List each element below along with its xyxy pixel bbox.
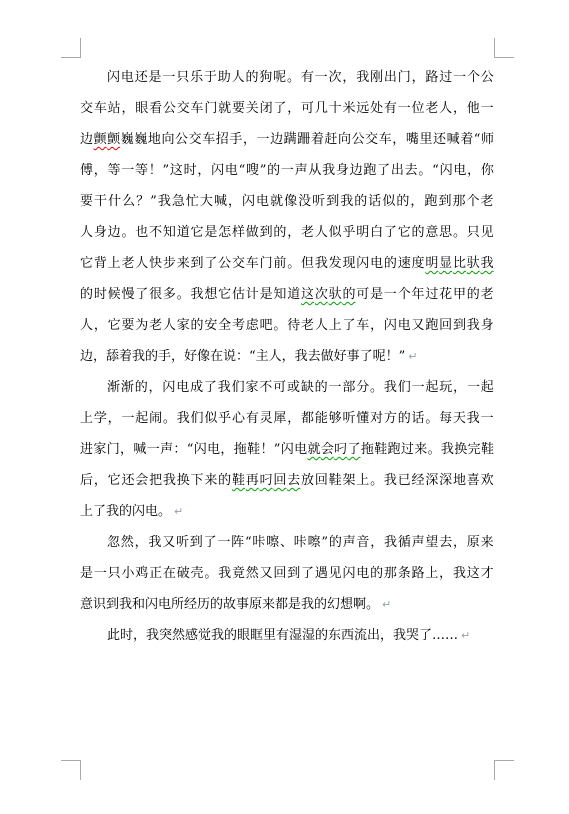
text-run: ， bbox=[287, 217, 300, 248]
text-line[interactable]: 人身边。也不知道它是怎样做到的，老人似乎明白了它的意思。只见 bbox=[80, 217, 494, 248]
text-run: 地 bbox=[148, 124, 161, 155]
text-run: 望 bbox=[425, 527, 438, 558]
document-text-area[interactable]: 闪电还是一只乐于助人的狗呢。有一次，我刚出门，路过一个公交车站，眼看公交车门就要… bbox=[80, 62, 494, 651]
text-run: 上 bbox=[329, 310, 342, 341]
text-run: 换 bbox=[177, 465, 190, 496]
text-run: 上了我的闪电。 bbox=[80, 504, 171, 519]
text-run: 个 bbox=[398, 279, 411, 310]
text-run: 发 bbox=[329, 248, 342, 279]
text-run: 处 bbox=[370, 93, 383, 124]
text-run: ， bbox=[228, 186, 241, 217]
text-run: 会 bbox=[135, 465, 148, 496]
text-run: 电 bbox=[356, 558, 369, 589]
text-run: 忙 bbox=[186, 186, 199, 217]
grammar-squiggle-run: 就 bbox=[307, 434, 320, 465]
text-line[interactable]: 上学，一起闹。我们似乎心有灵犀，都能够听懂对方的话。每天我一 bbox=[80, 403, 494, 434]
text-run: 站 bbox=[108, 93, 121, 124]
text-line[interactable]: 人，它要为老人家的安全考虑吧。待老人上了车，闪电又跑回到我身 bbox=[80, 310, 494, 341]
text-line[interactable]: 上了我的闪电。↵ bbox=[80, 496, 494, 527]
text-run: 过 bbox=[425, 279, 438, 310]
text-run: 闪 bbox=[384, 310, 397, 341]
text-run: 了 bbox=[204, 372, 217, 403]
text-run: 我 bbox=[384, 527, 397, 558]
text-run: 花 bbox=[439, 279, 452, 310]
text-run: 电 bbox=[256, 186, 269, 217]
grammar-squiggle-run: 驮 bbox=[467, 248, 480, 279]
text-run: 意 bbox=[425, 217, 438, 248]
text-run: 助 bbox=[218, 62, 231, 93]
text-run: 十 bbox=[329, 93, 342, 124]
paragraph-mark-icon: ↵ bbox=[174, 505, 183, 518]
text-run: 干 bbox=[94, 186, 107, 217]
text-run: 电 bbox=[121, 62, 134, 93]
text-run: 上 bbox=[80, 403, 93, 434]
text-run: 等 bbox=[135, 155, 148, 186]
text-run: 喊 bbox=[133, 434, 146, 465]
text-run: 是 bbox=[204, 217, 217, 248]
text-run: 在 bbox=[163, 558, 176, 589]
text-run: 蹒 bbox=[284, 124, 297, 155]
text-run: 身 bbox=[336, 155, 349, 186]
text-run: 鞋 bbox=[329, 465, 342, 496]
text-run: 电 bbox=[453, 155, 466, 186]
text-run: 们 bbox=[398, 372, 411, 403]
text-run: 一 bbox=[162, 62, 175, 93]
text-run: 电 bbox=[370, 248, 383, 279]
text-run: 对 bbox=[370, 403, 383, 434]
text-run: 渐 bbox=[121, 372, 134, 403]
text-run: 然 bbox=[121, 527, 134, 558]
text-run: 上 bbox=[108, 248, 121, 279]
text-run: 下 bbox=[191, 465, 204, 496]
text-run: 可 bbox=[301, 93, 314, 124]
text-run: 的 bbox=[384, 248, 397, 279]
text-line[interactable]: 交车站，眼看公交车门就要关闭了，可几十米远处有一位老人，他一 bbox=[80, 93, 494, 124]
text-run: 咔 bbox=[252, 527, 265, 558]
text-run: 车 bbox=[356, 310, 369, 341]
text-run: 我 bbox=[158, 186, 171, 217]
text-run: 灵 bbox=[260, 403, 273, 434]
text-run: 然 bbox=[246, 558, 259, 589]
text-run: 一 bbox=[329, 372, 342, 403]
text-run: ， bbox=[94, 465, 107, 496]
text-run: 乎 bbox=[342, 217, 355, 248]
text-run: 样 bbox=[232, 217, 245, 248]
text-run: 要 bbox=[80, 186, 93, 217]
text-run: 闪 bbox=[107, 62, 120, 93]
text-run: 过 bbox=[439, 62, 452, 93]
text-run: ， bbox=[453, 93, 466, 124]
text-run: 道 bbox=[177, 217, 190, 248]
text-run: 从 bbox=[308, 155, 321, 186]
text-run: 懂 bbox=[356, 403, 369, 434]
text-run: 闪 bbox=[194, 434, 207, 465]
text-run: 白 bbox=[370, 217, 383, 248]
text-run: 等 bbox=[108, 155, 121, 186]
text-run: 闪 bbox=[342, 558, 355, 589]
text-run: ！ bbox=[260, 434, 273, 465]
text-run: 门 bbox=[204, 93, 217, 124]
text-run: 的 bbox=[273, 217, 286, 248]
text-run: 身 bbox=[94, 217, 107, 248]
text-run: 那 bbox=[452, 186, 465, 217]
text-run: 去 bbox=[439, 527, 452, 558]
text-run: 的 bbox=[191, 310, 204, 341]
grammar-squiggle-run: 会 bbox=[321, 434, 334, 465]
text-run: 它 bbox=[191, 217, 204, 248]
text-run: ： bbox=[173, 434, 186, 465]
text-run: 路 bbox=[412, 558, 425, 589]
text-run: 它 bbox=[80, 248, 93, 279]
text-run: 每 bbox=[439, 403, 452, 434]
text-run: 的 bbox=[396, 186, 409, 217]
text-run: 它 bbox=[108, 465, 121, 496]
text-run: 出 bbox=[384, 62, 397, 93]
text-line[interactable]: 此时，我突然感觉我的眼眶里有湿湿的东西流出，我哭了……↵ bbox=[80, 620, 494, 651]
text-run: 路 bbox=[425, 62, 438, 93]
text-line[interactable]: 要干什么？”我急忙大喊，闪电就像没听到我的话似的，跑到那个老 bbox=[80, 186, 494, 217]
text-run: “ bbox=[432, 155, 439, 186]
text-run: 闪 bbox=[162, 372, 175, 403]
text-run: 估 bbox=[232, 279, 245, 310]
text-run: 的 bbox=[398, 403, 411, 434]
text-run: 考 bbox=[232, 310, 245, 341]
text-run: 出 bbox=[391, 155, 404, 186]
text-line[interactable]: 闪电还是一只乐于助人的狗呢。有一次，我刚出门，路过一个公 bbox=[80, 62, 494, 93]
text-run: ， bbox=[287, 93, 300, 124]
text-run: 了 bbox=[342, 310, 355, 341]
text-run: ？ bbox=[136, 186, 149, 217]
text-run: 一 bbox=[121, 155, 134, 186]
text-run: ， bbox=[197, 155, 210, 186]
text-run: 了 bbox=[135, 279, 148, 310]
text-run: 巍 bbox=[134, 124, 147, 155]
text-run: 老 bbox=[425, 93, 438, 124]
text-run: 是 bbox=[149, 62, 162, 93]
text-run: 年 bbox=[412, 279, 425, 310]
text-run: 鞋 bbox=[481, 434, 494, 465]
text-run: 分 bbox=[356, 372, 369, 403]
text-run: 车 bbox=[379, 124, 392, 155]
text-run: ， bbox=[149, 372, 162, 403]
text-run: 跑 bbox=[388, 434, 401, 465]
text-run: 深 bbox=[439, 465, 452, 496]
text-run: 么 bbox=[122, 186, 135, 217]
text-run: 甲 bbox=[453, 279, 466, 310]
text-run: ， bbox=[135, 527, 148, 558]
text-run: 车 bbox=[191, 93, 204, 124]
text-run: ” bbox=[163, 155, 170, 186]
text-run: 全 bbox=[218, 310, 231, 341]
text-line[interactable]: 后，它还会把我换下来的鞋再叼回去放回鞋架上。我已经深深地喜欢 bbox=[80, 465, 494, 496]
text-run: 着 bbox=[311, 124, 324, 155]
text-run: 地 bbox=[453, 465, 466, 496]
text-run: 深 bbox=[425, 465, 438, 496]
text-run: 或 bbox=[287, 372, 300, 403]
grammar-squiggle-run: 这 bbox=[301, 279, 314, 310]
paragraph: 闪电还是一只乐于助人的狗呢。有一次，我刚出门，路过一个公交车站，眼看公交车门就要… bbox=[80, 62, 494, 372]
text-run: 边，舔着我的手，好像在说：“主人，我去做好事了呢！” bbox=[80, 349, 405, 364]
text-run: 闭 bbox=[260, 93, 273, 124]
text-run: 我 bbox=[441, 434, 454, 465]
text-run: 回 bbox=[439, 310, 452, 341]
text-run: 跑 bbox=[363, 155, 376, 186]
text-run: ” bbox=[321, 527, 328, 558]
text-run: 方 bbox=[384, 403, 397, 434]
text-run: 交 bbox=[232, 248, 245, 279]
text-run: 欢 bbox=[481, 465, 494, 496]
text-run: ， bbox=[120, 434, 133, 465]
text-run: 来 bbox=[481, 527, 494, 558]
text-run: 架 bbox=[342, 465, 355, 496]
grammar-squiggle-run: 了 bbox=[348, 434, 361, 465]
text-run: ， bbox=[392, 124, 405, 155]
text-run: 来 bbox=[414, 434, 427, 465]
text-run: 拖 bbox=[234, 434, 247, 465]
text-run: 人 bbox=[439, 93, 452, 124]
text-run: 手 bbox=[229, 124, 242, 155]
document-page: 闪电还是一只乐于助人的狗呢。有一次，我刚出门，路过一个公交车站，眼看公交车门就要… bbox=[0, 0, 569, 814]
text-line[interactable]: 忽然，我又听到了一阵“咔嚓、咔嚓”的声音，我循声望去，原来 bbox=[80, 527, 494, 558]
text-run: 安 bbox=[204, 310, 217, 341]
text-run: 破 bbox=[177, 558, 190, 589]
text-run: 话 bbox=[412, 403, 425, 434]
paragraph-mark-icon: ↵ bbox=[461, 629, 470, 642]
text-run: 的 bbox=[80, 279, 93, 310]
text-run: 你 bbox=[481, 155, 494, 186]
text-run: 刚 bbox=[370, 62, 383, 93]
text-run: 嗖 bbox=[246, 155, 259, 186]
text-run: 一 bbox=[147, 434, 160, 465]
text-run: 电 bbox=[176, 372, 189, 403]
text-run: 的 bbox=[267, 155, 280, 186]
paragraph: 忽然，我又听到了一阵“咔嚓、咔嚓”的声音，我循声望去，原来是一只小鸡正在破壳。我… bbox=[80, 527, 494, 620]
text-run: 上 bbox=[356, 465, 369, 496]
text-run: 时 bbox=[184, 155, 197, 186]
text-run: 是 bbox=[370, 279, 383, 310]
text-run: 咔 bbox=[294, 527, 307, 558]
text-run: 声 bbox=[160, 434, 173, 465]
text-run: 的 bbox=[467, 279, 480, 310]
text-run: 门 bbox=[398, 62, 411, 93]
text-run: 还 bbox=[433, 124, 446, 155]
text-line[interactable]: 它背上老人快步来到了公交车门前。但我发现闪电的速度明显比驮我 bbox=[80, 248, 494, 279]
text-run: 前 bbox=[273, 248, 286, 279]
text-run: 家 bbox=[177, 310, 190, 341]
text-run: 交 bbox=[80, 93, 93, 124]
text-run: 老 bbox=[121, 248, 134, 279]
text-run: 们 bbox=[232, 372, 245, 403]
text-run: 。 bbox=[453, 217, 466, 248]
text-run: 也 bbox=[135, 217, 148, 248]
text-run: 只 bbox=[108, 558, 121, 589]
text-run: 我 bbox=[218, 558, 231, 589]
text-run: 了 bbox=[384, 217, 397, 248]
text-run: 进 bbox=[80, 434, 93, 465]
text-run: 它 bbox=[108, 310, 121, 341]
text-run: 车 bbox=[94, 93, 107, 124]
text-line[interactable]: 边，舔着我的手，好像在说：“主人，我去做好事了呢！”↵ bbox=[80, 341, 494, 372]
text-run: 待 bbox=[287, 310, 300, 341]
grammar-squiggle-run: 比 bbox=[453, 248, 466, 279]
text-run: 一 bbox=[217, 527, 230, 558]
text-run: 闪 bbox=[281, 434, 294, 465]
text-run: 闪 bbox=[440, 155, 453, 186]
grammar-squiggle-run: 明 bbox=[425, 248, 438, 279]
text-run: 鸡 bbox=[135, 558, 148, 589]
text-run: 条 bbox=[398, 558, 411, 589]
text-line[interactable]: 进家门，喊一声：“闪电，拖鞋！”闪电就会叼了拖鞋跑过来。我换完鞋 bbox=[80, 434, 494, 465]
text-run: 忽 bbox=[107, 527, 120, 558]
text-run: 还 bbox=[135, 62, 148, 93]
text-run: 可 bbox=[356, 279, 369, 310]
text-run: 家 bbox=[93, 434, 106, 465]
text-run: 听 bbox=[312, 186, 325, 217]
text-run: 交 bbox=[365, 124, 378, 155]
text-run: 我 bbox=[322, 155, 335, 186]
text-run: 到 bbox=[326, 186, 339, 217]
text-run: 要 bbox=[232, 93, 245, 124]
text-run: 。 bbox=[370, 372, 383, 403]
text-run: 背 bbox=[94, 248, 107, 279]
text-run: ” bbox=[150, 186, 157, 217]
text-run: 心 bbox=[232, 403, 245, 434]
text-run: 老 bbox=[481, 279, 494, 310]
text-run: 了 bbox=[301, 558, 314, 589]
text-run: 声 bbox=[295, 155, 308, 186]
text-run: 喊 bbox=[214, 186, 227, 217]
text-run: ， bbox=[453, 527, 466, 558]
text-run: 鞋 bbox=[247, 434, 260, 465]
text-run: 现 bbox=[342, 248, 355, 279]
text-line[interactable]: 边颤颤巍巍地向公交车招手，一边蹒跚着赶向公交车，嘴里还喊着“师 bbox=[80, 124, 494, 155]
text-run: 公 bbox=[352, 124, 365, 155]
paragraph: 此时，我突然感觉我的眼眶里有湿湿的东西流出，我哭了……↵ bbox=[80, 620, 494, 651]
text-run: ， bbox=[220, 434, 233, 465]
text-run: 门 bbox=[107, 434, 120, 465]
text-run: 交 bbox=[177, 93, 190, 124]
text-run: 已 bbox=[398, 465, 411, 496]
text-run: 此时，我突然感觉我的眼眶里有湿湿的东西流出，我哭了…… bbox=[107, 628, 458, 643]
text-run: 闪 bbox=[211, 155, 224, 186]
text-run: 拖 bbox=[361, 434, 374, 465]
text-line[interactable]: 意识到我和闪电所经历的故事原来都是我的幻想啊。↵ bbox=[80, 589, 494, 620]
text-run: “ bbox=[239, 155, 246, 186]
text-run: 壳 bbox=[191, 558, 204, 589]
text-run: ， bbox=[453, 372, 466, 403]
text-run: 电 bbox=[398, 310, 411, 341]
text-run: 我 bbox=[384, 465, 397, 496]
text-run: 车 bbox=[202, 124, 215, 155]
text-run: 关 bbox=[246, 93, 259, 124]
text-run: 家 bbox=[245, 372, 258, 403]
text-run: 只 bbox=[176, 62, 189, 93]
text-run: 不 bbox=[149, 217, 162, 248]
text-run: 犀 bbox=[273, 403, 286, 434]
text-run: 公 bbox=[481, 62, 494, 93]
text-run: 眼 bbox=[135, 93, 148, 124]
grammar-squiggle-run: 的 bbox=[342, 279, 355, 310]
text-run: 声 bbox=[343, 527, 356, 558]
text-boundary-mark-bottom-left bbox=[61, 760, 81, 780]
grammar-squiggle-run: 再 bbox=[246, 465, 259, 496]
text-run: 的 bbox=[135, 372, 148, 403]
text-run: 似 bbox=[204, 403, 217, 434]
text-run: 了 bbox=[204, 248, 217, 279]
text-run: 渐 bbox=[107, 372, 120, 403]
text-run: 又 bbox=[260, 558, 273, 589]
text-line[interactable]: 傅，等一等！”这时，闪电“嗖”的一声从我身边跑了出去。“闪电，你 bbox=[80, 155, 494, 186]
text-run: 有 bbox=[246, 403, 259, 434]
text-run: 一 bbox=[257, 124, 270, 155]
text-line[interactable]: 渐渐的，闪电成了我们家不可或缺的一部分。我们一起玩，一起 bbox=[80, 372, 494, 403]
text-run: 我 bbox=[467, 310, 480, 341]
text-run: 一 bbox=[453, 62, 466, 93]
text-run: 喊 bbox=[447, 124, 460, 155]
text-run: 为 bbox=[135, 310, 148, 341]
text-run: 呢 bbox=[273, 62, 286, 93]
text-run: 了 bbox=[377, 155, 390, 186]
text-run: 人 bbox=[135, 248, 148, 279]
text-run: 都 bbox=[301, 403, 314, 434]
text-run: 一 bbox=[412, 372, 425, 403]
text-run: 跑 bbox=[424, 186, 437, 217]
text-run: 玩 bbox=[439, 372, 452, 403]
text-run: 什 bbox=[108, 186, 121, 217]
text-run: 人 bbox=[232, 62, 245, 93]
text-line[interactable]: 是一只小鸡正在破壳。我竟然又回到了遇见闪电的那条路上，我这才 bbox=[80, 558, 494, 589]
text-run: ， bbox=[370, 527, 383, 558]
text-run: 喜 bbox=[467, 465, 480, 496]
text-run: 速 bbox=[398, 248, 411, 279]
text-run: ， bbox=[439, 558, 452, 589]
text-run: 部 bbox=[342, 372, 355, 403]
text-run: “ bbox=[474, 124, 481, 155]
text-run: 那 bbox=[384, 558, 397, 589]
text-run: 我 bbox=[453, 558, 466, 589]
text-run: 只 bbox=[467, 217, 480, 248]
text-run: 人 bbox=[315, 217, 328, 248]
text-run: 我 bbox=[340, 186, 353, 217]
paragraph-mark-icon: ↵ bbox=[408, 350, 417, 363]
grammar-squiggle-run: 鞋 bbox=[232, 465, 245, 496]
text-run: 电 bbox=[225, 155, 238, 186]
text-run: 个 bbox=[467, 62, 480, 93]
text-run: 跑 bbox=[425, 310, 438, 341]
text-run: ” bbox=[260, 155, 267, 186]
text-run: 。 bbox=[273, 310, 286, 341]
grammar-squiggle-run: 去 bbox=[287, 465, 300, 496]
text-run: 学 bbox=[94, 403, 107, 434]
text-run: 乎 bbox=[218, 403, 231, 434]
text-run: 。 bbox=[177, 279, 190, 310]
text-run: 远 bbox=[356, 93, 369, 124]
text-run: 缺 bbox=[301, 372, 314, 403]
text-run: 原 bbox=[467, 527, 480, 558]
text-line[interactable]: 的时候慢了很多。我想它估计是知道这次驮的可是一个年过花甲的老 bbox=[80, 279, 494, 310]
text-run: 想 bbox=[204, 279, 217, 310]
text-run: 巍 bbox=[121, 124, 134, 155]
text-run: 明 bbox=[356, 217, 369, 248]
text-run: 计 bbox=[246, 279, 259, 310]
text-run: 闹 bbox=[149, 403, 162, 434]
text-run: 老 bbox=[481, 186, 494, 217]
text-run: ， bbox=[412, 62, 425, 93]
text-run: 乐 bbox=[190, 62, 203, 93]
text-run: 跚 bbox=[297, 124, 310, 155]
text-run: 成 bbox=[190, 372, 203, 403]
text-run: 听 bbox=[176, 527, 189, 558]
